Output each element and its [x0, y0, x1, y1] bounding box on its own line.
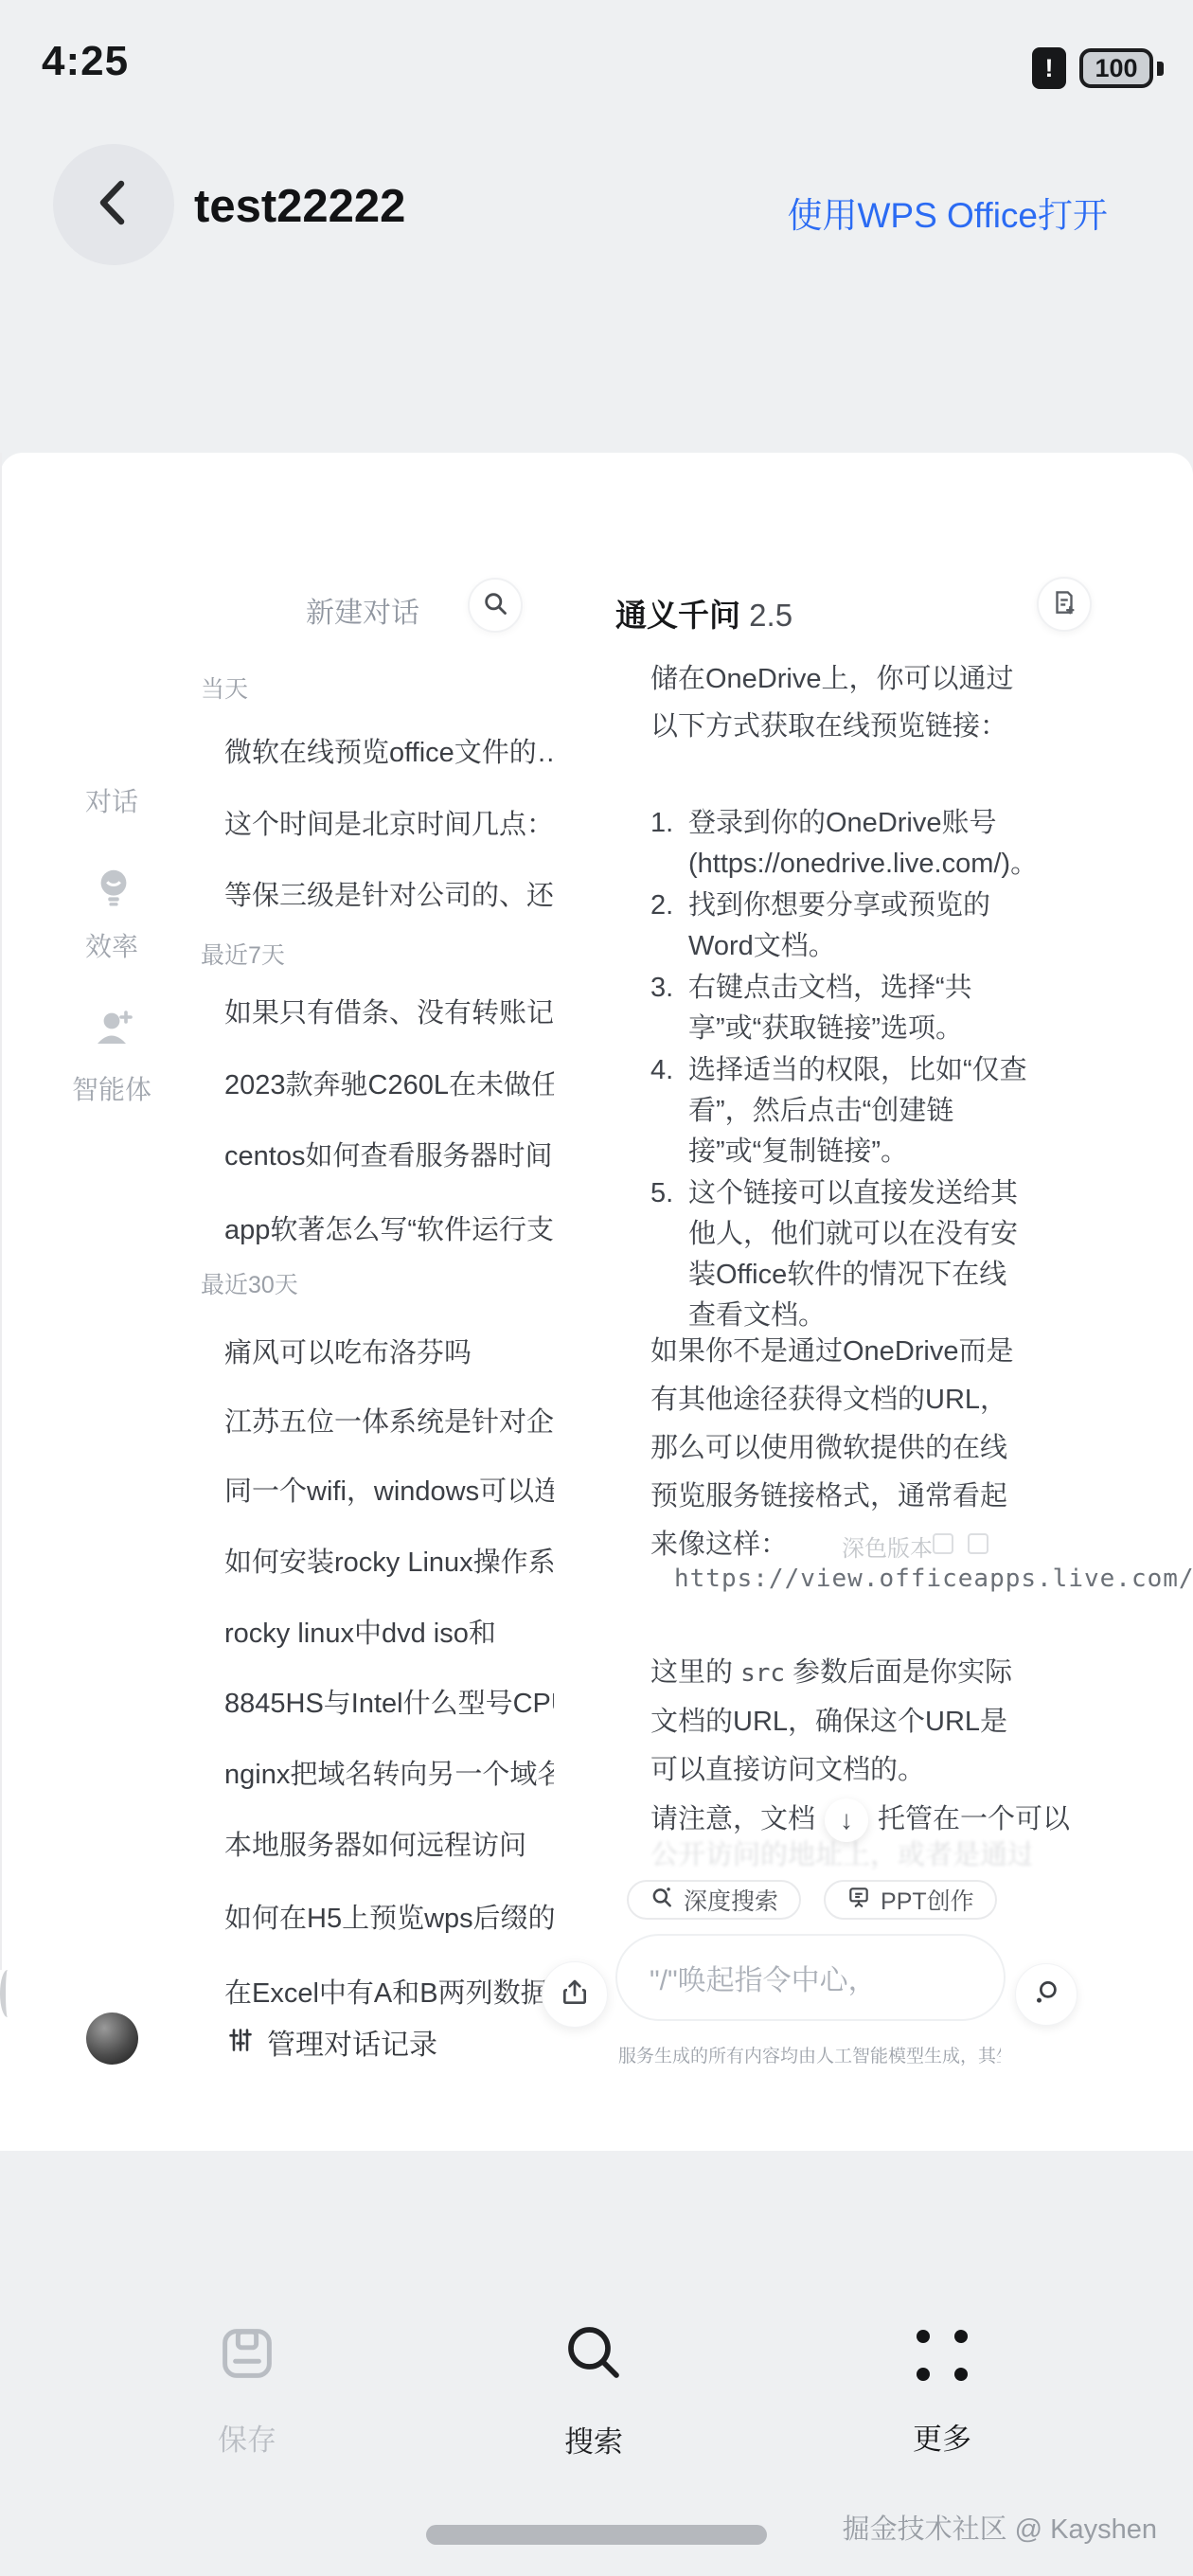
sim-alert-icon: !: [1032, 47, 1066, 89]
conversation-item[interactable]: 如何安装rocky Linux操作系统: [224, 1541, 554, 1580]
copy-icon[interactable]: [933, 1533, 953, 1554]
faded-text-line: 公开访问的地址上，或者是通过…: [650, 1834, 1031, 1872]
conversation-item[interactable]: 8845HS与Intel什么型号CPU: [224, 1682, 554, 1721]
agent-person-icon: [91, 1006, 136, 1051]
conversation-item[interactable]: 等保三级是针对公司的、还是: [224, 874, 554, 913]
rail-item-efficiency[interactable]: 效率: [55, 926, 169, 964]
conversation-item[interactable]: rocky linux中dvd iso和: [224, 1612, 554, 1651]
conversation-item[interactable]: nginx把域名转向另一个域名: [224, 1753, 554, 1792]
pane-divider: [0, 453, 2, 1970]
presentation-icon: [846, 1885, 871, 1916]
assistant-paragraph: 这里的 src 参数后面是你实际文档的URL，确保这个URL是可以直接访问文档的…: [650, 1649, 1031, 1795]
open-with-wps-link[interactable]: 使用WPS Office打开: [787, 187, 1108, 238]
search-sparkle-icon: [650, 1885, 674, 1916]
search-label: 搜索: [564, 2418, 623, 2460]
assistant-ordered-list: 1.登录到你的OneDrive账号 (https://onedrive.live…: [650, 803, 1031, 1337]
sidebar-search-button[interactable]: [468, 578, 523, 633]
search-icon: [482, 590, 508, 621]
conversation-item[interactable]: 本地服务器如何远程访问: [224, 1824, 554, 1863]
suggestion-chips: 深度搜索 PPT创作: [627, 1880, 997, 1920]
voice-icon: [1032, 1978, 1060, 2012]
battery-icon: 100: [1079, 48, 1153, 88]
more-label: 更多: [913, 2415, 971, 2458]
status-time: 4:25: [42, 38, 129, 85]
sliders-icon: [227, 2027, 254, 2058]
back-chevron-icon: [91, 176, 136, 234]
rail-item-agent[interactable]: 智能体: [55, 1069, 169, 1107]
inline-code: src: [740, 1659, 785, 1688]
conversation-item[interactable]: 微软在线预览office文件的…: [224, 731, 554, 770]
assistant-list-item: 2.找到你想要分享或预览的Word文档。: [650, 885, 1031, 967]
conversation-item[interactable]: 同一个wifi，windows可以连: [224, 1470, 554, 1509]
ppt-create-chip[interactable]: PPT创作: [824, 1880, 997, 1920]
watermark: 掘金技术社区 @ Kayshen: [843, 2508, 1157, 2547]
conversation-item[interactable]: 在Excel中有A和B两列数据，: [224, 1972, 554, 2011]
copy-icon[interactable]: [968, 1533, 988, 1554]
share-icon: [560, 1977, 590, 2012]
assistant-paragraph: 储在OneDrive上，你可以通过以下方式获取在线预览链接：: [650, 655, 1029, 750]
doc-plus-icon: [1050, 588, 1078, 621]
new-document-button[interactable]: [1037, 577, 1092, 632]
chat-input[interactable]: "/"唤起指令中心，: [615, 1934, 1006, 2021]
chat-input-placeholder: "/"唤起指令中心，: [650, 1957, 877, 1998]
document-preview: 对话 效率 智能体 新建对话 当天微软在线预览office文件的…这个时间是北京…: [0, 453, 1193, 2151]
home-indicator[interactable]: [426, 2525, 767, 2545]
conversation-item[interactable]: 这个时间是北京时间几点：2: [224, 803, 554, 842]
new-chat-button[interactable]: 新建对话: [306, 589, 419, 631]
conversation-item[interactable]: 痛风可以吃布洛芬吗: [224, 1332, 554, 1370]
save-button[interactable]: 保存: [152, 2322, 342, 2459]
deep-search-chip[interactable]: 深度搜索: [627, 1880, 801, 1920]
search-button[interactable]: 搜索: [499, 2318, 688, 2460]
assistant-list-item: 4.选择适当的权限，比如“仅查看”，然后点击“创建链接”或“复制链接”。: [650, 1050, 1031, 1172]
conversation-group-label: 最近30天: [201, 1266, 298, 1300]
chip-label: 深度搜索: [684, 1883, 778, 1917]
battery-percent: 100: [1095, 54, 1137, 83]
conversation-item[interactable]: 江苏五位一体系统是针对企业: [224, 1401, 554, 1440]
conversation-item[interactable]: centos如何查看服务器时间: [224, 1135, 554, 1173]
ai-disclaimer: 服务生成的所有内容均由人工智能模型生成，其生成内容的准…: [618, 2042, 1001, 2067]
assistant-list-item: 3.右键点击文档，选择“共享”或“获取链接”选项。: [650, 968, 1031, 1049]
page-title: test22222: [194, 180, 405, 233]
manage-history-button[interactable]: 管理对话记录: [227, 2021, 437, 2063]
save-label: 保存: [218, 2416, 276, 2459]
model-header: 通义千问 2.5: [615, 591, 792, 635]
code-url: https://view.officeapps.live.com/: [674, 1565, 1193, 1593]
model-name: 通义千问: [615, 598, 740, 633]
conversation-group-label: 最近7天: [201, 937, 285, 971]
search-magnifier-icon: [560, 2318, 628, 2391]
back-button[interactable]: [53, 144, 174, 265]
conversation-item[interactable]: 2023款奔驰C260L在未做任何: [224, 1064, 554, 1102]
conversation-item[interactable]: 如何在H5上预览wps后缀的文: [224, 1897, 554, 1936]
conversation-item[interactable]: app软著怎么写“软件运行支持: [224, 1208, 554, 1247]
rail-item-chat[interactable]: 对话: [55, 781, 169, 819]
conversation-item[interactable]: 如果只有借条、没有转账记录: [224, 992, 554, 1030]
conversation-group-label: 当天: [201, 671, 248, 705]
code-block-header: 深色版本: [842, 1529, 933, 1563]
user-avatar[interactable]: [86, 2012, 138, 2065]
voice-button[interactable]: [1015, 1963, 1077, 2026]
more-dots-icon: [909, 2322, 975, 2388]
assistant-list-item: 1.登录到你的OneDrive账号 (https://onedrive.live…: [650, 803, 1031, 885]
more-button[interactable]: 更多: [847, 2322, 1037, 2458]
assistant-list-item: 5.这个链接可以直接发送给其他人，他们就可以在没有安装Office软件的情况下在…: [650, 1173, 1031, 1336]
scrollbar-thumb[interactable]: [0, 1970, 15, 2017]
chip-label: PPT创作: [881, 1883, 974, 1917]
battery-nub: [1157, 62, 1164, 76]
phone-screen: 4:25 ! 100 test22222 使用WPS Office打开 对话 效…: [0, 0, 1193, 2576]
manage-history-label: 管理对话记录: [267, 2021, 437, 2063]
lightbulb-icon: [91, 865, 136, 910]
share-button[interactable]: [542, 1961, 608, 2028]
save-floppy-icon: [216, 2322, 278, 2389]
